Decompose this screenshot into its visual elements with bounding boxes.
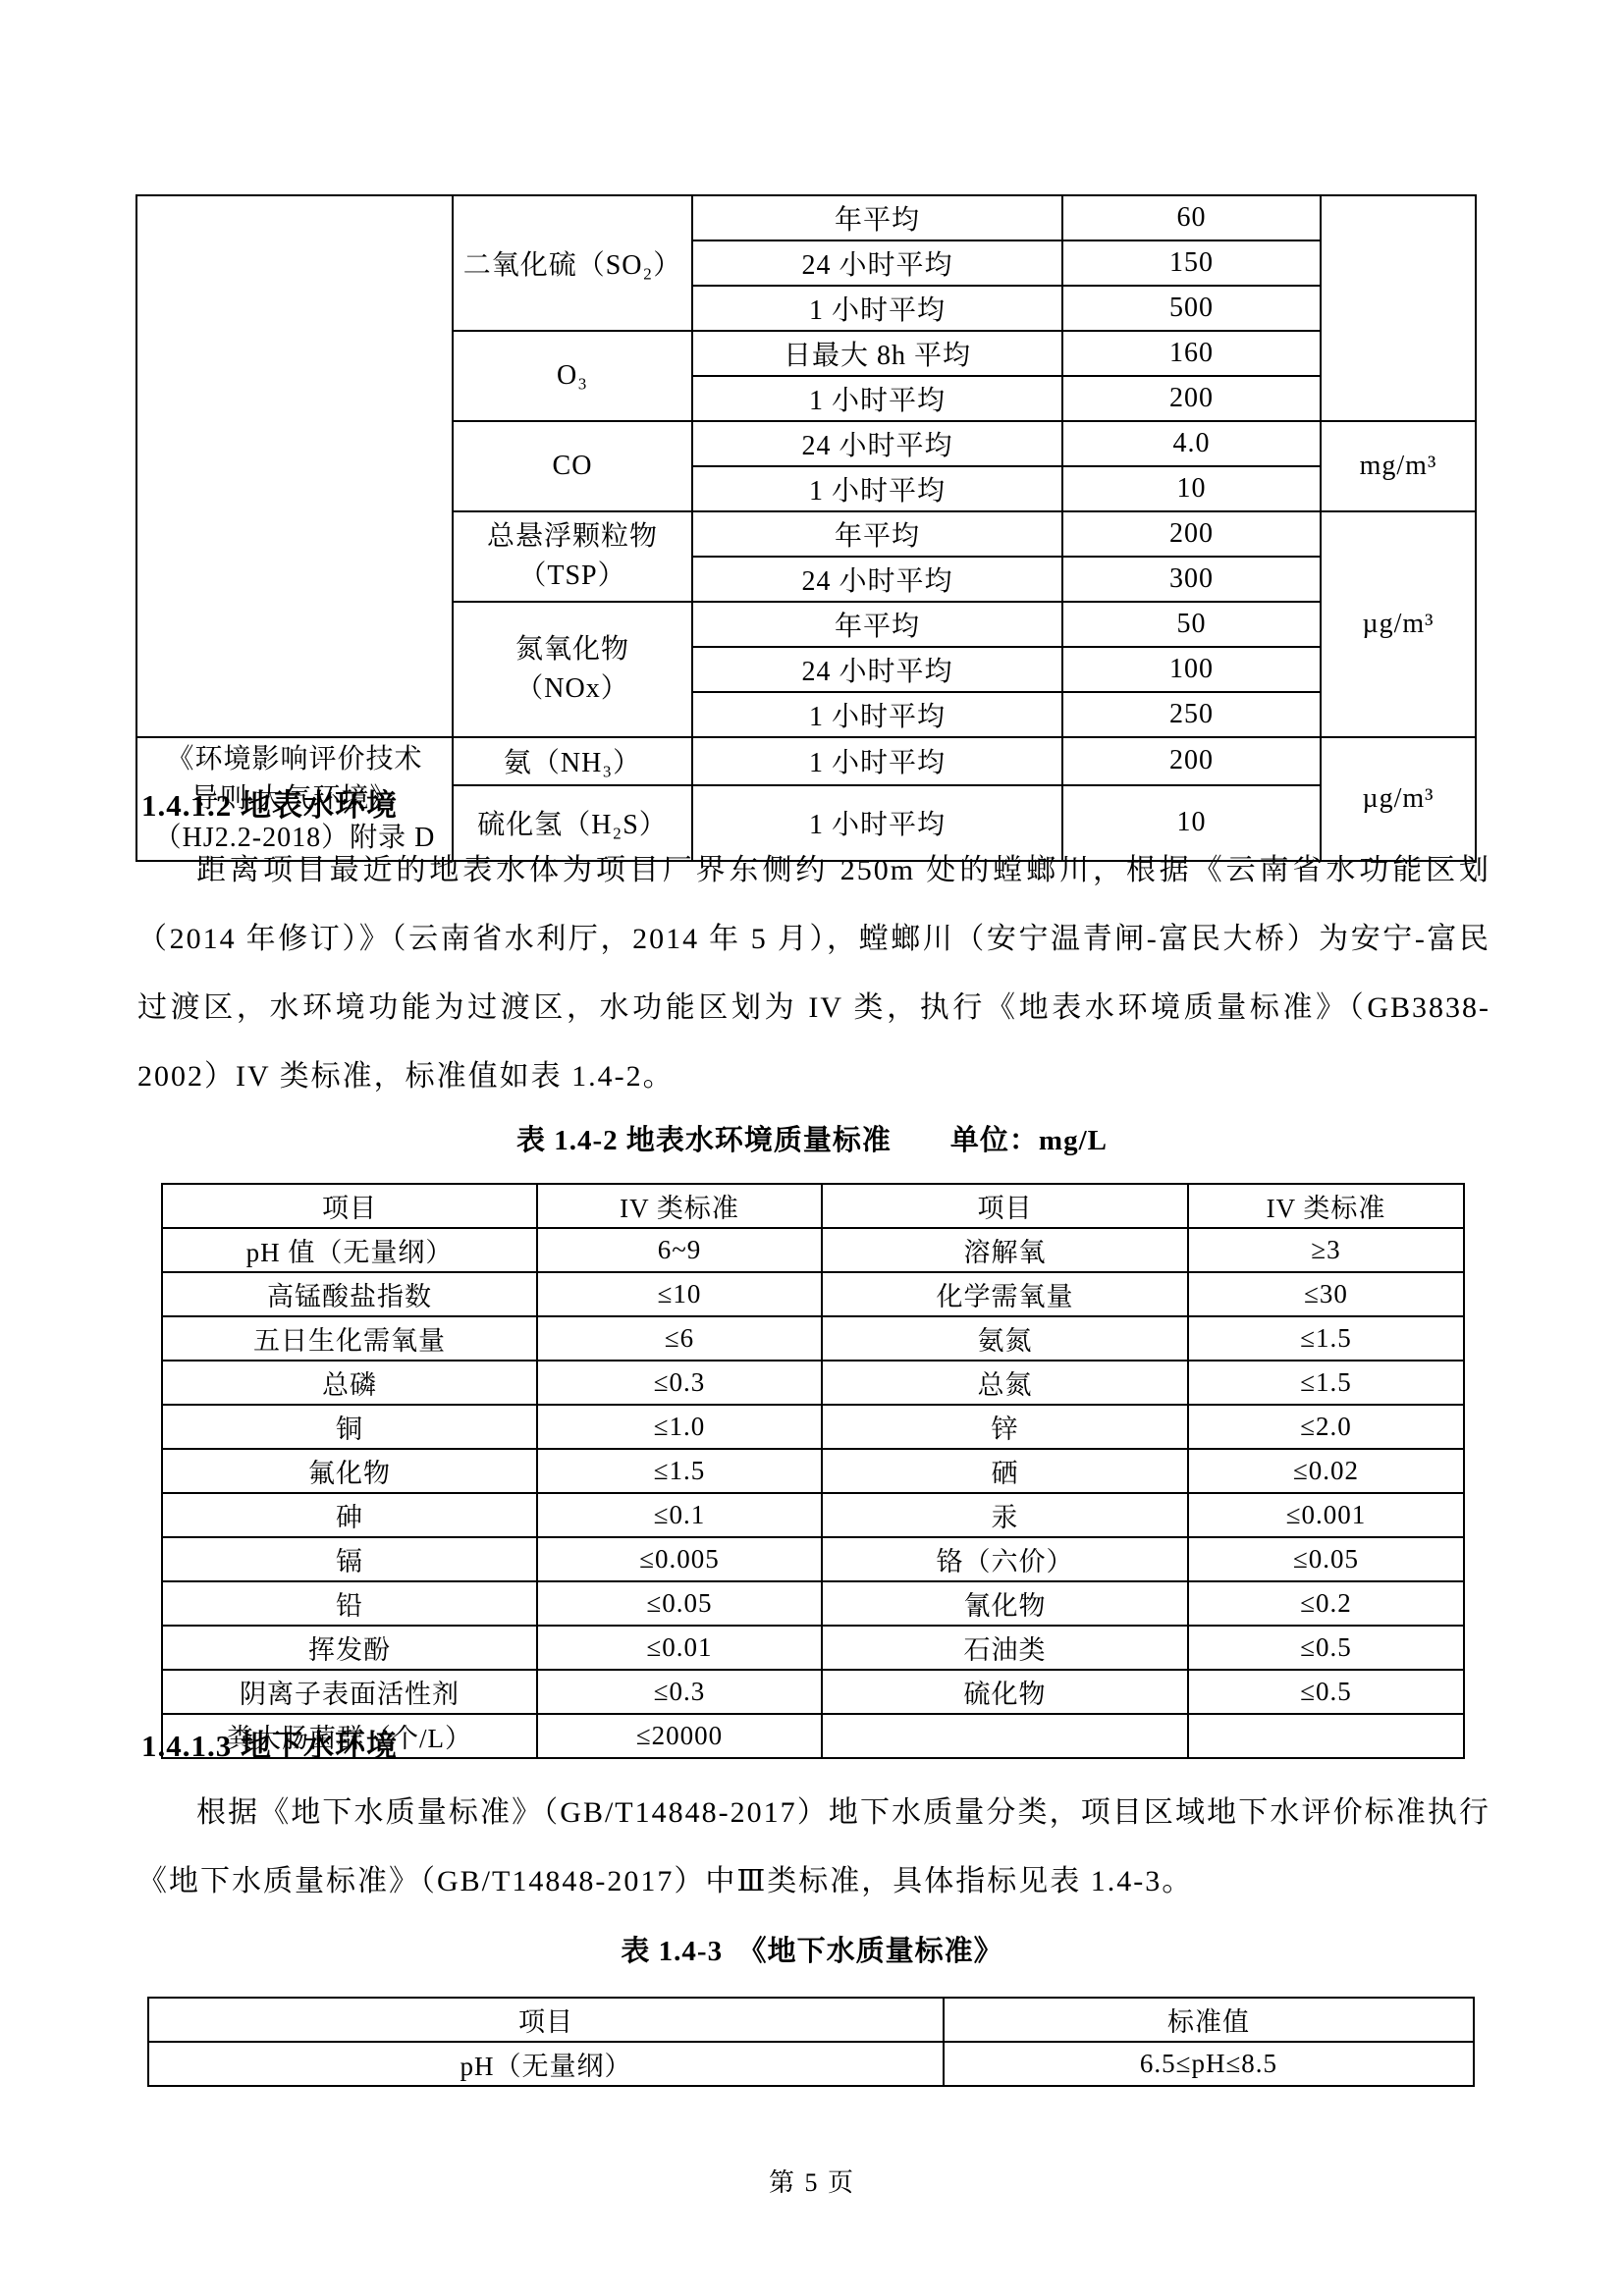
section-heading-ground-water: 1.4.1.3 地下水环境: [141, 1726, 398, 1767]
unit-cell-empty: [1321, 195, 1476, 421]
table-143-title: 表 1.4-3 《地下水质量标准》: [137, 1930, 1487, 1973]
table-row: 铜 ≤1.0 锌 ≤2.0: [162, 1405, 1464, 1449]
table-row: 镉 ≤0.005 铬（六价） ≤0.05: [162, 1537, 1464, 1581]
unit-cell: µg/m³: [1321, 511, 1476, 737]
document-page: 二氧化硫（SO₂） 年平均 60 24 小时平均 150 1 小时平均 500 …: [0, 0, 1624, 2296]
value-cell: ≤0.005: [537, 1537, 822, 1581]
header-cell: IV 类标准: [537, 1184, 822, 1228]
page-number: 第 5 页: [0, 2163, 1624, 2199]
item-cell: 锌: [822, 1405, 1188, 1449]
item-cell: 石油类: [822, 1626, 1188, 1670]
period-cell: 年平均: [692, 195, 1062, 240]
table-header-row: 项目 IV 类标准 项目 IV 类标准: [162, 1184, 1464, 1228]
item-cell: 砷: [162, 1493, 537, 1537]
header-cell: 项目: [148, 1998, 944, 2042]
table-row: 氟化物 ≤1.5 硒 ≤0.02: [162, 1449, 1464, 1493]
item-cell: 挥发酚: [162, 1626, 537, 1670]
table-row: 挥发酚 ≤0.01 石油类 ≤0.5: [162, 1626, 1464, 1670]
value-cell: ≤0.05: [1188, 1537, 1464, 1581]
period-cell: 24 小时平均: [692, 557, 1062, 602]
value-cell: ≤0.001: [1188, 1493, 1464, 1537]
table-row: 阴离子表面活性剂 ≤0.3 硫化物 ≤0.5: [162, 1670, 1464, 1714]
period-cell: 24 小时平均: [692, 647, 1062, 692]
value-cell: ≤0.01: [537, 1626, 822, 1670]
value-cell: ≤0.5: [1188, 1626, 1464, 1670]
item-cell: pH（无量纲）: [148, 2042, 944, 2086]
table-row: 《环境影响评价技术 导则 大气环境》 （HJ2.2-2018）附录 D 氨（NH…: [136, 737, 1476, 785]
value-cell: 200: [1062, 737, 1321, 785]
unit-cell: mg/m³: [1321, 421, 1476, 511]
value-cell: ≤20000: [537, 1714, 822, 1758]
value-cell: ≥3: [1188, 1228, 1464, 1272]
pollutant-cell: 氨（NH₃）: [453, 737, 692, 785]
section-heading-surface-water: 1.4.1.2 地表水环境: [141, 785, 398, 827]
period-cell: 24 小时平均: [692, 421, 1062, 466]
period-cell: 1 小时平均: [692, 692, 1062, 737]
period-cell: 1 小时平均: [692, 466, 1062, 511]
pollutant-cell: CO: [453, 421, 692, 511]
item-cell: 溶解氧: [822, 1228, 1188, 1272]
value-cell: ≤0.5: [1188, 1670, 1464, 1714]
period-cell: 年平均: [692, 511, 1062, 557]
value-cell: ≤0.1: [537, 1493, 822, 1537]
value-cell: 4.0: [1062, 421, 1321, 466]
value-cell: 250: [1062, 692, 1321, 737]
item-cell: 氰化物: [822, 1581, 1188, 1626]
item-cell: 铅: [162, 1581, 537, 1626]
item-cell: 汞: [822, 1493, 1188, 1537]
item-cell: 五日生化需氧量: [162, 1316, 537, 1361]
period-cell: 1 小时平均: [692, 737, 1062, 785]
value-cell: 10: [1062, 466, 1321, 511]
item-cell: 氟化物: [162, 1449, 537, 1493]
period-cell: 日最大 8h 平均: [692, 331, 1062, 376]
item-cell: 高锰酸盐指数: [162, 1272, 537, 1316]
value-cell: ≤0.02: [1188, 1449, 1464, 1493]
surface-water-standards-table: 项目 IV 类标准 项目 IV 类标准 pH 值（无量纲） 6~9 溶解氧 ≥3…: [161, 1183, 1465, 1759]
item-cell: [822, 1714, 1188, 1758]
air-quality-standards-table: 二氧化硫（SO₂） 年平均 60 24 小时平均 150 1 小时平均 500 …: [135, 194, 1477, 862]
value-cell: 150: [1062, 240, 1321, 286]
header-cell: 项目: [162, 1184, 537, 1228]
period-cell: 年平均: [692, 602, 1062, 647]
value-cell: 100: [1062, 647, 1321, 692]
value-cell: ≤6: [537, 1316, 822, 1361]
value-cell: ≤1.0: [537, 1405, 822, 1449]
value-cell: 200: [1062, 511, 1321, 557]
item-cell: 总氮: [822, 1361, 1188, 1405]
period-cell: 1 小时平均: [692, 286, 1062, 331]
table-row: pH 值（无量纲） 6~9 溶解氧 ≥3: [162, 1228, 1464, 1272]
value-cell: [1188, 1714, 1464, 1758]
ground-water-standards-table: 项目 标准值 pH（无量纲） 6.5≤pH≤8.5: [147, 1997, 1475, 2087]
item-cell: 铜: [162, 1405, 537, 1449]
table-row: 总磷 ≤0.3 总氮 ≤1.5: [162, 1361, 1464, 1405]
ground-water-paragraph: 根据《地下水质量标准》（GB/T14848-2017）地下水质量分类，项目区域地…: [137, 1779, 1490, 1916]
value-cell: 60: [1062, 195, 1321, 240]
value-cell: ≤0.05: [537, 1581, 822, 1626]
source-cell-empty: [136, 195, 453, 737]
surface-water-paragraph: 距离项目最近的地表水体为项目厂界东侧约 250m 处的螳螂川，根据《云南省水功能…: [137, 836, 1490, 1111]
value-cell: 160: [1062, 331, 1321, 376]
value-cell: 50: [1062, 602, 1321, 647]
value-cell: 500: [1062, 286, 1321, 331]
value-cell: ≤1.5: [1188, 1316, 1464, 1361]
value-cell: ≤0.3: [537, 1670, 822, 1714]
period-cell: 24 小时平均: [692, 240, 1062, 286]
table-header-row: 项目 标准值: [148, 1998, 1474, 2042]
value-cell: ≤2.0: [1188, 1405, 1464, 1449]
value-cell: ≤0.3: [537, 1361, 822, 1405]
header-cell: 标准值: [944, 1998, 1474, 2042]
value-cell: ≤1.5: [537, 1449, 822, 1493]
item-cell: 硫化物: [822, 1670, 1188, 1714]
pollutant-cell: O₃: [453, 331, 692, 421]
table-142-title: 表 1.4-2 地表水环境质量标准 单位：mg/L: [137, 1119, 1487, 1162]
table-row: pH（无量纲） 6.5≤pH≤8.5: [148, 2042, 1474, 2086]
item-cell: 化学需氧量: [822, 1272, 1188, 1316]
item-cell: 阴离子表面活性剂: [162, 1670, 537, 1714]
value-cell: ≤1.5: [1188, 1361, 1464, 1405]
item-cell: 镉: [162, 1537, 537, 1581]
value-cell: ≤30: [1188, 1272, 1464, 1316]
value-cell: ≤0.2: [1188, 1581, 1464, 1626]
item-cell: pH 值（无量纲）: [162, 1228, 537, 1272]
pollutant-cell: 氮氧化物 （NOx）: [453, 602, 692, 737]
table-row: 高锰酸盐指数 ≤10 化学需氧量 ≤30: [162, 1272, 1464, 1316]
pollutant-cell: 二氧化硫（SO₂）: [453, 195, 692, 331]
table-row: 铅 ≤0.05 氰化物 ≤0.2: [162, 1581, 1464, 1626]
value-cell: 300: [1062, 557, 1321, 602]
value-cell: ≤10: [537, 1272, 822, 1316]
value-cell: 6.5≤pH≤8.5: [944, 2042, 1474, 2086]
item-cell: 铬（六价）: [822, 1537, 1188, 1581]
item-cell: 氨氮: [822, 1316, 1188, 1361]
item-cell: 总磷: [162, 1361, 537, 1405]
table-row: 五日生化需氧量 ≤6 氨氮 ≤1.5: [162, 1316, 1464, 1361]
table-row: 砷 ≤0.1 汞 ≤0.001: [162, 1493, 1464, 1537]
header-cell: 项目: [822, 1184, 1188, 1228]
value-cell: 6~9: [537, 1228, 822, 1272]
pollutant-cell: 总悬浮颗粒物 （TSP）: [453, 511, 692, 602]
period-cell: 1 小时平均: [692, 376, 1062, 421]
header-cell: IV 类标准: [1188, 1184, 1464, 1228]
table-row: 二氧化硫（SO₂） 年平均 60: [136, 195, 1476, 240]
value-cell: 200: [1062, 376, 1321, 421]
item-cell: 硒: [822, 1449, 1188, 1493]
